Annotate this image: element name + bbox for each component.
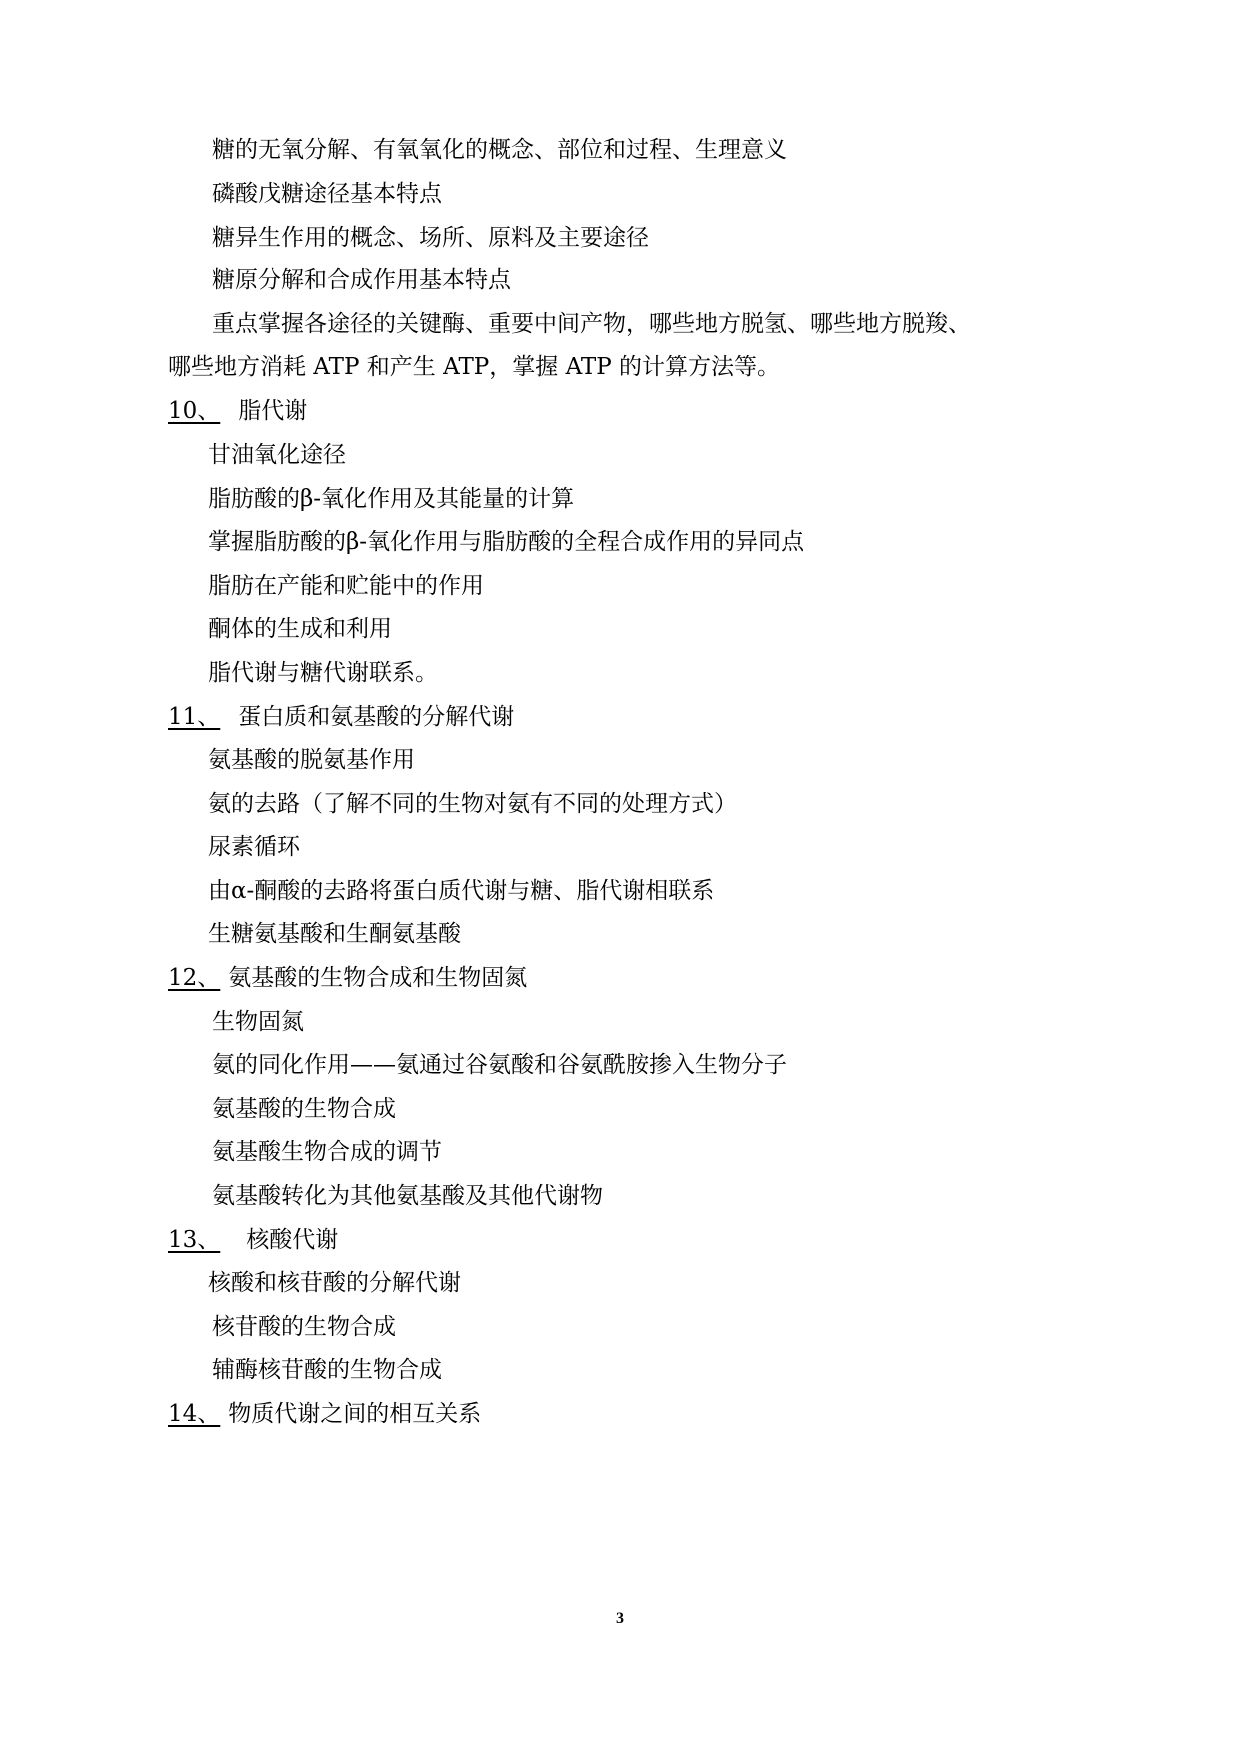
section-title: 核酸代谢 [246, 1227, 338, 1253]
intro-item: 糖的无氧分解、有氧氧化的概念、部位和过程、生理意义 [212, 136, 787, 164]
section-item: 脂肪在产能和贮能中的作用 [208, 572, 484, 600]
emphasis-line-2: 哪些地方消耗 ATP 和产生 ATP，掌握 ATP 的计算方法等。 [168, 353, 780, 381]
section-item: 掌握脂肪酸的β-氧化作用与脂肪酸的全程合成作用的异同点 [208, 528, 804, 556]
section-number: 13、 [168, 1227, 220, 1253]
section-item: 尿素循环 [208, 833, 300, 861]
section-item: 酮体的生成和利用 [208, 615, 392, 643]
section-item: 由α-酮酸的去路将蛋白质代谢与糖、脂代谢相联系 [208, 877, 714, 905]
section-item: 脂肪酸的β-氧化作用及其能量的计算 [208, 485, 574, 513]
intro-item: 糖原分解和合成作用基本特点 [212, 266, 511, 294]
section-item: 核酸和核苷酸的分解代谢 [208, 1269, 461, 1297]
section-item: 核苷酸的生物合成 [212, 1313, 396, 1341]
section-heading-13: 13、核酸代谢 [168, 1226, 338, 1254]
section-number: 14、 [168, 1401, 220, 1427]
page-number: 3 [0, 1610, 1240, 1628]
section-heading-12: 12、氨基酸的生物合成和生物固氮 [168, 964, 527, 992]
section-item: 氨的去路（了解不同的生物对氨有不同的处理方式） [208, 790, 737, 818]
section-item: 氨基酸生物合成的调节 [212, 1138, 442, 1166]
section-number: 11、 [168, 704, 220, 730]
section-title: 脂代谢 [238, 398, 307, 424]
section-title: 物质代谢之间的相互关系 [228, 1401, 481, 1427]
section-item: 甘油氧化途径 [208, 441, 346, 469]
section-item: 氨基酸转化为其他氨基酸及其他代谢物 [212, 1182, 603, 1210]
section-title: 氨基酸的生物合成和生物固氮 [228, 965, 527, 991]
section-heading-14: 14、物质代谢之间的相互关系 [168, 1400, 481, 1428]
section-number: 12、 [168, 965, 220, 991]
section-item: 氨的同化作用——氨通过谷氨酸和谷氨酰胺掺入生物分子 [212, 1051, 787, 1079]
section-item: 脂代谢与糖代谢联系。 [208, 659, 438, 687]
section-heading-11: 11、蛋白质和氨基酸的分解代谢 [168, 703, 514, 731]
emphasis-line-1: 重点掌握各途径的关键酶、重要中间产物，哪些地方脱氢、哪些地方脱羧、 [212, 310, 971, 338]
section-item: 辅酶核苷酸的生物合成 [212, 1356, 442, 1384]
section-number: 10、 [168, 398, 220, 424]
section-item: 氨基酸的脱氨基作用 [208, 746, 415, 774]
section-item: 生糖氨基酸和生酮氨基酸 [208, 920, 461, 948]
section-heading-10: 10、脂代谢 [168, 397, 307, 425]
intro-item: 糖异生作用的概念、场所、原料及主要途径 [212, 224, 649, 252]
section-item: 氨基酸的生物合成 [212, 1095, 396, 1123]
section-item: 生物固氮 [212, 1008, 304, 1036]
intro-item: 磷酸戊糖途径基本特点 [212, 180, 442, 208]
section-title: 蛋白质和氨基酸的分解代谢 [238, 704, 514, 730]
